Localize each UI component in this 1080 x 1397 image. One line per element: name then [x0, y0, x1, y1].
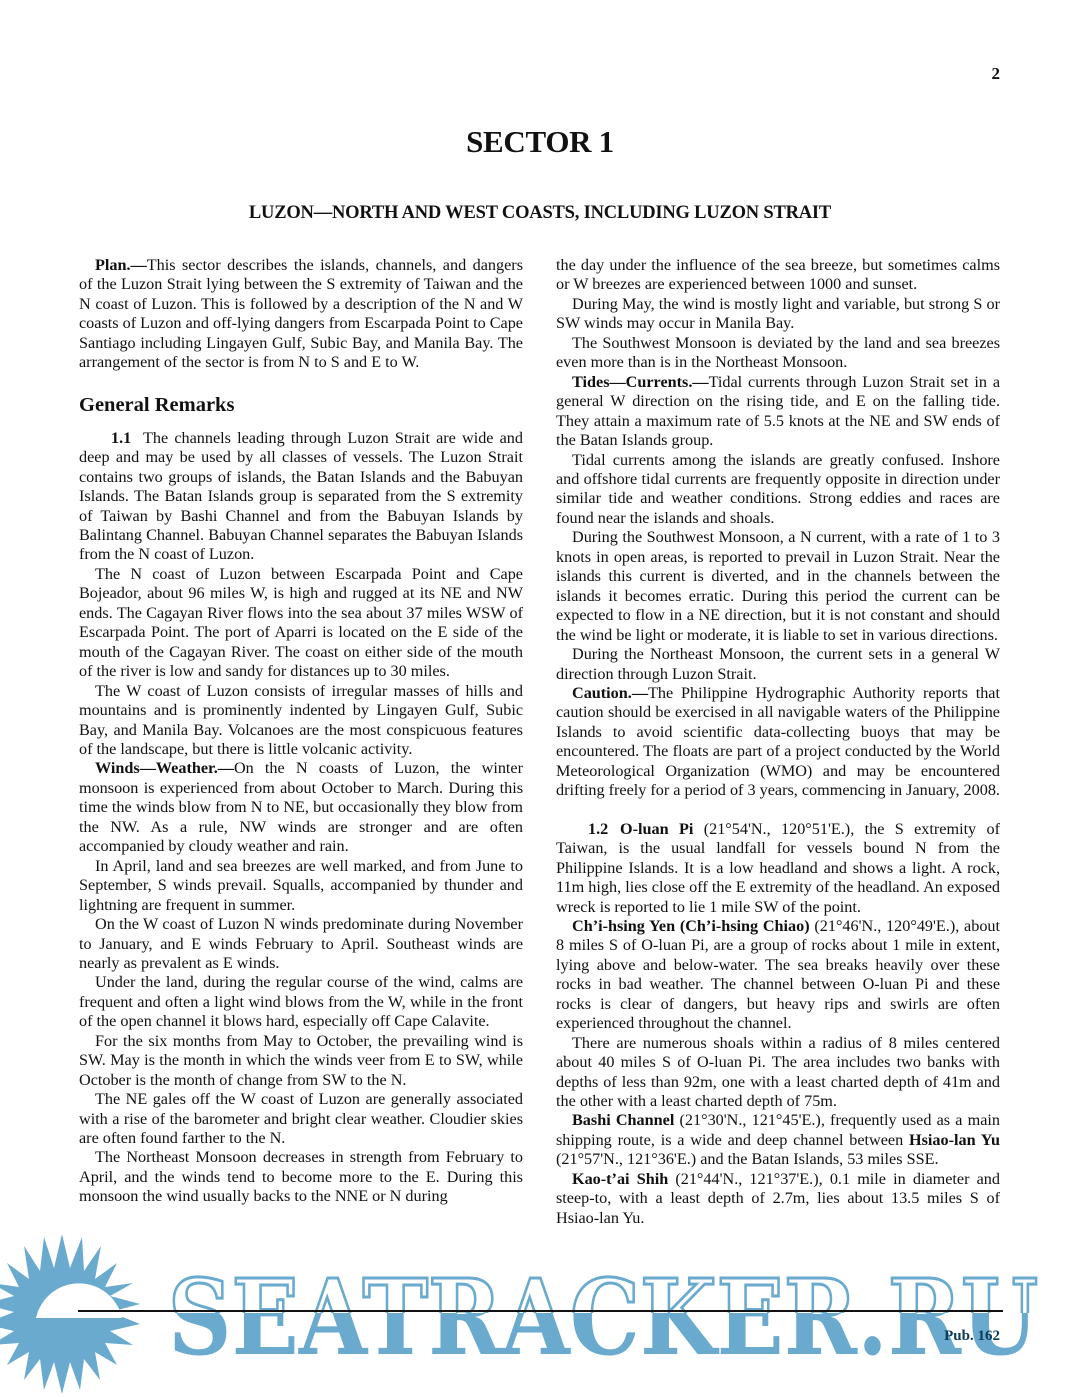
- bashi-channel-paragraph: Bashi Channel (21°30'N., 121°45'E.), fre…: [556, 1111, 1000, 1169]
- paragraph-1-1: 1.1The channels leading through Luzon St…: [79, 429, 523, 565]
- paragraph-number: 1.1: [95, 429, 143, 448]
- watermark-text: SEATRACKER.RU SEATRACKER.RU: [168, 1256, 1038, 1379]
- paragraph: The NE gales off the W coast of Luzon ar…: [79, 1090, 523, 1148]
- paragraph: The Southwest Monsoon is deviated by the…: [556, 334, 1000, 373]
- section-heading-general-remarks: General Remarks: [79, 393, 523, 417]
- sun-logo-icon: [0, 1234, 140, 1394]
- tides-currents-label: Tides—Currents.—: [572, 373, 709, 391]
- paragraph: The N coast of Luzon between Escarpada P…: [79, 565, 523, 682]
- chihsing-paragraph: Ch’i-hsing Yen (Ch’i-hsing Chiao) (21°46…: [556, 917, 1000, 1034]
- paragraph: The W coast of Luzon consists of irregul…: [79, 682, 523, 760]
- paragraph-text: The channels leading through Luzon Strai…: [79, 429, 523, 564]
- plan-paragraph: Plan.—This sector describes the islands,…: [79, 256, 523, 373]
- paragraph: In April, land and sea breezes are well …: [79, 857, 523, 915]
- paragraph: During the Northeast Monsoon, the curren…: [556, 645, 1000, 684]
- plan-label: Plan.—: [95, 256, 147, 274]
- paragraph: On the W coast of Luzon N winds predomin…: [79, 915, 523, 973]
- svg-text:SEATRACKER.RU: SEATRACKER.RU: [168, 1256, 1038, 1379]
- winds-weather-label: Winds—Weather.—: [95, 759, 234, 777]
- paragraph: The Northeast Monsoon decreases in stren…: [79, 1148, 523, 1206]
- place-name-chihsing-yen: Ch’i-hsing Yen (Ch’i-hsing Chiao): [572, 917, 810, 935]
- paragraph-1-2: 1.2O-luan Pi (21°54'N., 120°51'E.), the …: [556, 820, 1000, 917]
- tides-currents-paragraph: Tides—Currents.—Tidal currents through L…: [556, 373, 1000, 451]
- place-name-o-luan-pi: O-luan Pi: [620, 820, 693, 838]
- svg-text:SEATRACKER.RU: SEATRACKER.RU: [168, 1256, 1038, 1379]
- spacer: [556, 801, 1000, 820]
- right-column: the day under the influence of the sea b…: [556, 256, 1000, 1228]
- paragraph: Tidal currents among the islands are gre…: [556, 451, 1000, 529]
- kaotai-shih-paragraph: Kao-t’ai Shih (21°44'N., 121°37'E.), 0.1…: [556, 1170, 1000, 1228]
- paragraph: Under the land, during the regular cours…: [79, 973, 523, 1031]
- winds-weather-paragraph: Winds—Weather.—On the N coasts of Luzon,…: [79, 759, 523, 856]
- paragraph: For the six months from May to October, …: [79, 1032, 523, 1090]
- left-column: Plan.—This sector describes the islands,…: [79, 256, 523, 1207]
- footer-publication: Pub. 162: [944, 1328, 1000, 1345]
- paragraph-number: 1.2: [572, 820, 620, 839]
- sector-title: SECTOR 1: [0, 124, 1080, 160]
- paragraph: During the Southwest Monsoon, a N curren…: [556, 528, 1000, 645]
- paragraph: There are numerous shoals within a radiu…: [556, 1034, 1000, 1112]
- place-name-hsiao-lan-yu: Hsiao-lan Yu: [909, 1131, 1000, 1149]
- caution-label: Caution.—: [572, 684, 648, 702]
- paragraph: During May, the wind is mostly light and…: [556, 295, 1000, 334]
- continuation-paragraph: the day under the influence of the sea b…: [556, 256, 1000, 295]
- sector-subtitle: LUZON—NORTH AND WEST COASTS, INCLUDING L…: [0, 203, 1080, 224]
- watermark: SEATRACKER.RU SEATRACKER.RU: [0, 1230, 1080, 1397]
- caution-paragraph: Caution.—The Philippine Hydrographic Aut…: [556, 684, 1000, 801]
- page-number: 2: [992, 64, 1001, 84]
- footer-rule: [78, 1310, 1003, 1312]
- place-name-bashi-channel: Bashi Channel: [572, 1111, 674, 1129]
- place-name-kaotai-shih: Kao-t’ai Shih: [572, 1170, 668, 1188]
- paragraph-text: (21°57'N., 121°36'E.) and the Batan Isla…: [556, 1150, 939, 1168]
